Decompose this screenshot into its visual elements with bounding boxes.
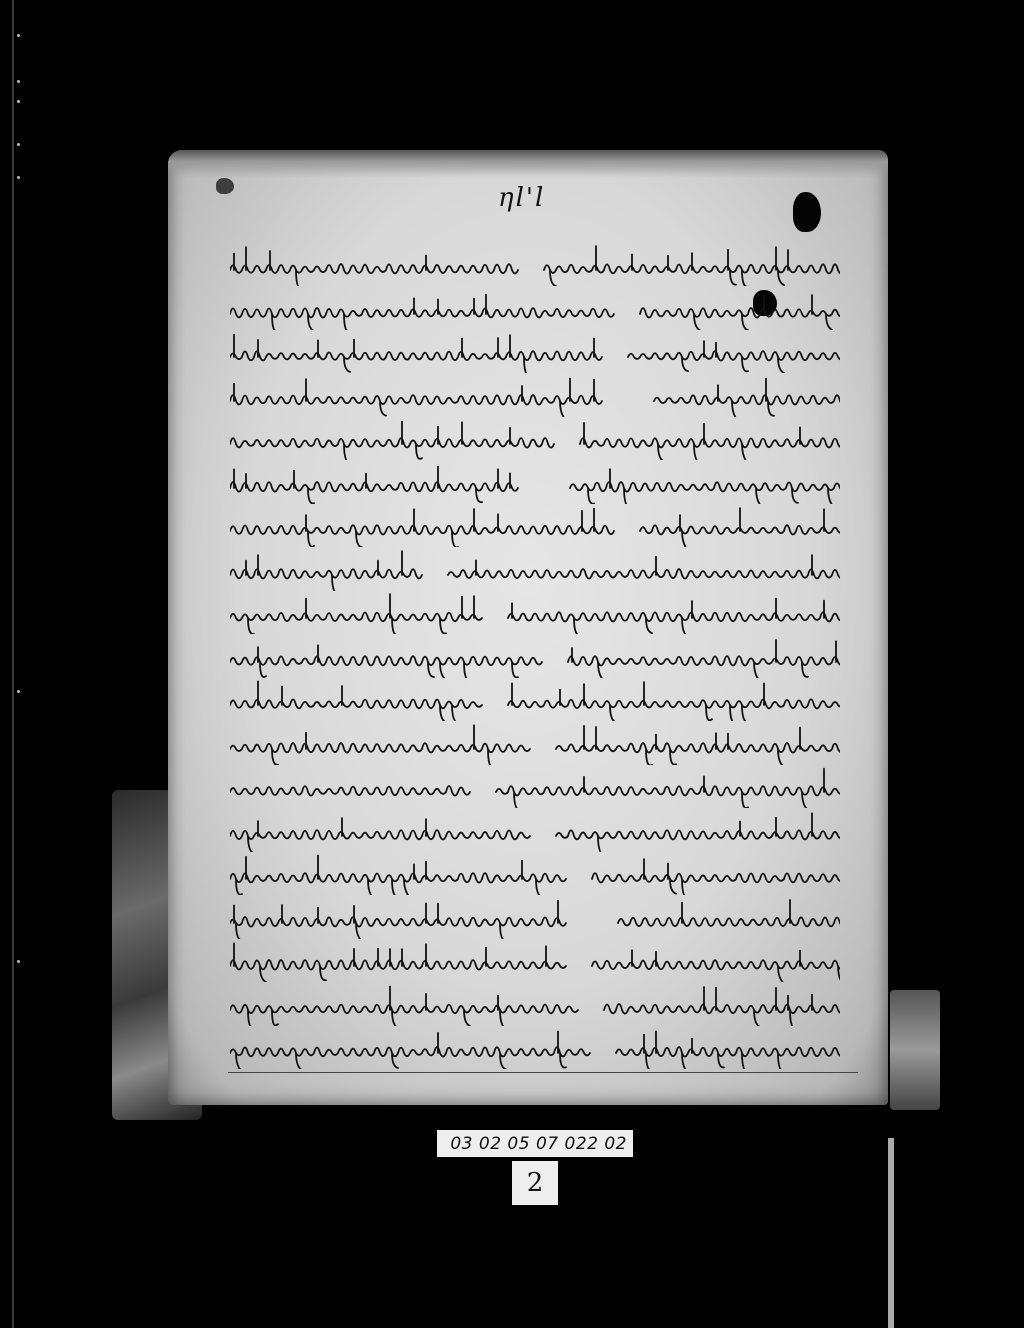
film-perforation [17, 80, 20, 83]
film-perforation [17, 176, 20, 179]
manuscript-line [230, 242, 840, 272]
archive-reference-label: 03 02 05 07 022 02 [437, 1130, 633, 1157]
manuscript-line [230, 764, 840, 794]
manuscript-line [230, 503, 840, 533]
manuscript-line [230, 329, 840, 359]
manuscript-line [230, 851, 840, 881]
page-number-card: 2 [512, 1161, 558, 1205]
ink-stain [216, 178, 234, 194]
manuscript-line [230, 895, 840, 925]
film-edge [12, 0, 14, 1328]
manuscript-line [230, 634, 840, 664]
film-perforation [17, 960, 20, 963]
torn-backing-right [890, 990, 940, 1110]
manuscript-line [230, 808, 840, 838]
film-perforation [17, 34, 20, 37]
manuscript-line [230, 590, 840, 620]
manuscript-line [230, 416, 840, 446]
folio-number: ηl'l [498, 183, 545, 213]
film-perforation [17, 100, 20, 103]
film-perforation [17, 143, 20, 146]
manuscript-line [230, 286, 840, 316]
manuscript-page: ηl'l [168, 150, 888, 1105]
manuscript-line [230, 982, 840, 1012]
film-perforation [17, 690, 20, 693]
manuscript-line [230, 1025, 840, 1055]
ink-stain [793, 192, 821, 232]
manuscript-line [230, 721, 840, 751]
manuscript-line [230, 460, 840, 490]
page-top-crease [168, 150, 888, 178]
mounting-rod [888, 1138, 894, 1328]
manuscript-line [230, 373, 840, 403]
manuscript-line [230, 938, 840, 968]
manuscript-line [230, 547, 840, 577]
manuscript-line [230, 677, 840, 707]
ruled-line [228, 1072, 858, 1073]
